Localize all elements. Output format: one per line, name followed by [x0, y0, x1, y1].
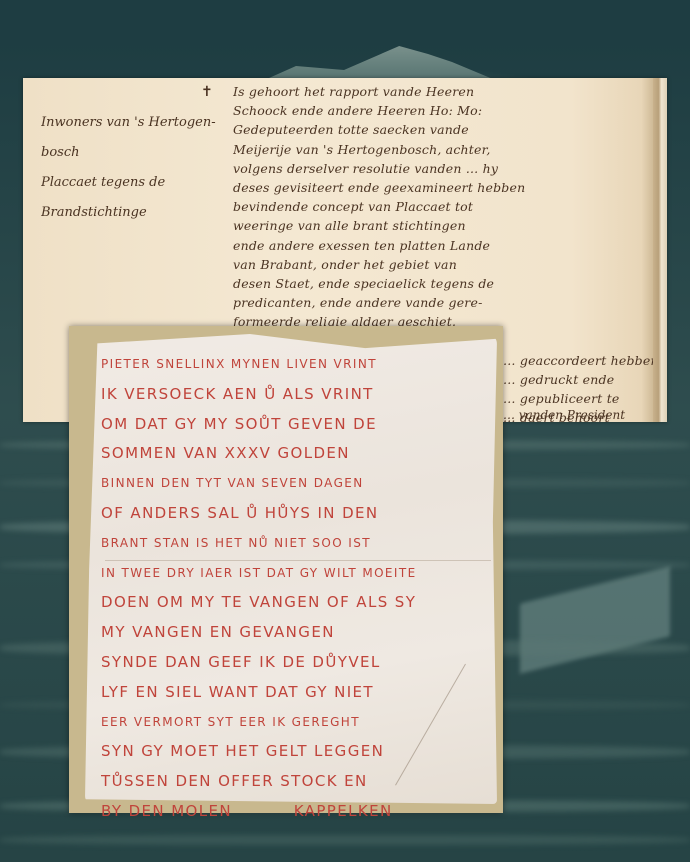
letter-line: PIETER SNELLINX MYNEN LIVEN VRINT: [101, 350, 501, 380]
extortion-letter: PIETER SNELLINX MYNEN LIVEN VRINT IK VER…: [69, 326, 503, 813]
letter-line: EER VERMORT SYT EER IK GEREGHT: [101, 708, 501, 738]
letter-line: LYF EN SIEL WANT DAT GY NIET: [101, 678, 501, 708]
register-footer-fragment: … vanden President: [503, 408, 625, 422]
margin-note: Brandstichtinge: [41, 198, 231, 228]
register-line: Meijerije van 's Hertogenbosch, achter,: [233, 140, 653, 159]
letter-line: SYN GY MOET HET GELT LEGGEN: [101, 737, 501, 767]
register-line: Gedeputeerden totte saecken vande: [233, 120, 653, 139]
register-line: desen Staet, ende speciaelick tegens de: [233, 274, 653, 293]
letter-line: BRANT STAN IS HET NŮ NIET SOO IST: [101, 529, 501, 559]
register-line: bevindende concept van Placcaet tot: [233, 197, 653, 216]
register-line: weeringe van alle brant stichtingen: [233, 216, 653, 235]
letter-line: IK VERSOECK AEN Ů ALS VRINT: [101, 380, 501, 410]
register-line: ende andere exessen ten platten Lande: [233, 236, 653, 255]
letter-line: SOMMEN VAN XXXV GOLDEN: [101, 439, 501, 469]
register-line: van Brabant, onder het gebiet van: [233, 255, 653, 274]
book-gutter: [653, 78, 667, 422]
register-line: predicanten, ende andere vande gere-: [233, 293, 653, 312]
letter-line: SYNDE DAN GEEF IK DE DŮYVEL: [101, 648, 501, 678]
register-line: Is gehoort het rapport vande Heeren: [233, 82, 653, 101]
register-line: deses gevisiteert ende geexamineert hebb…: [233, 178, 653, 197]
letter-text: PIETER SNELLINX MYNEN LIVEN VRINT IK VER…: [101, 350, 501, 827]
letter-line: OF ANDERS SAL Ů HŮYS IN DEN: [101, 499, 501, 529]
letter-line: OM DAT GY MY SOŮT GEVEN DE: [101, 410, 501, 440]
register-line: volgens derselver resolutie vanden … hy: [233, 159, 653, 178]
letter-line: BINNEN DEN TYT VAN SEVEN DAGEN: [101, 469, 501, 499]
letter-line: BY DEN MOLEN KAPPELKEN: [101, 797, 501, 827]
register-line: Schoock ende andere Heeren Ho: Mo:: [233, 101, 653, 120]
margin-note: Placcaet tegens de: [41, 168, 231, 198]
background-stripe: [0, 835, 690, 845]
margin-note: Inwoners van 's Hertogen-: [41, 108, 231, 138]
letter-line: TŮSSEN DEN OFFER STOCK EN: [101, 767, 501, 797]
letter-line: MY VANGEN EN GEVANGEN: [101, 618, 501, 648]
margin-notes: Inwoners van 's Hertogen- bosch Placcaet…: [41, 108, 231, 228]
letter-line: IN TWEE DRY IAER IST DAT GY WILT MOEITE: [101, 559, 501, 589]
letter-line: DOEN OM MY TE VANGEN OF ALS SY: [101, 588, 501, 618]
cross-mark-icon: ✝: [201, 84, 213, 100]
margin-note: bosch: [41, 138, 231, 168]
